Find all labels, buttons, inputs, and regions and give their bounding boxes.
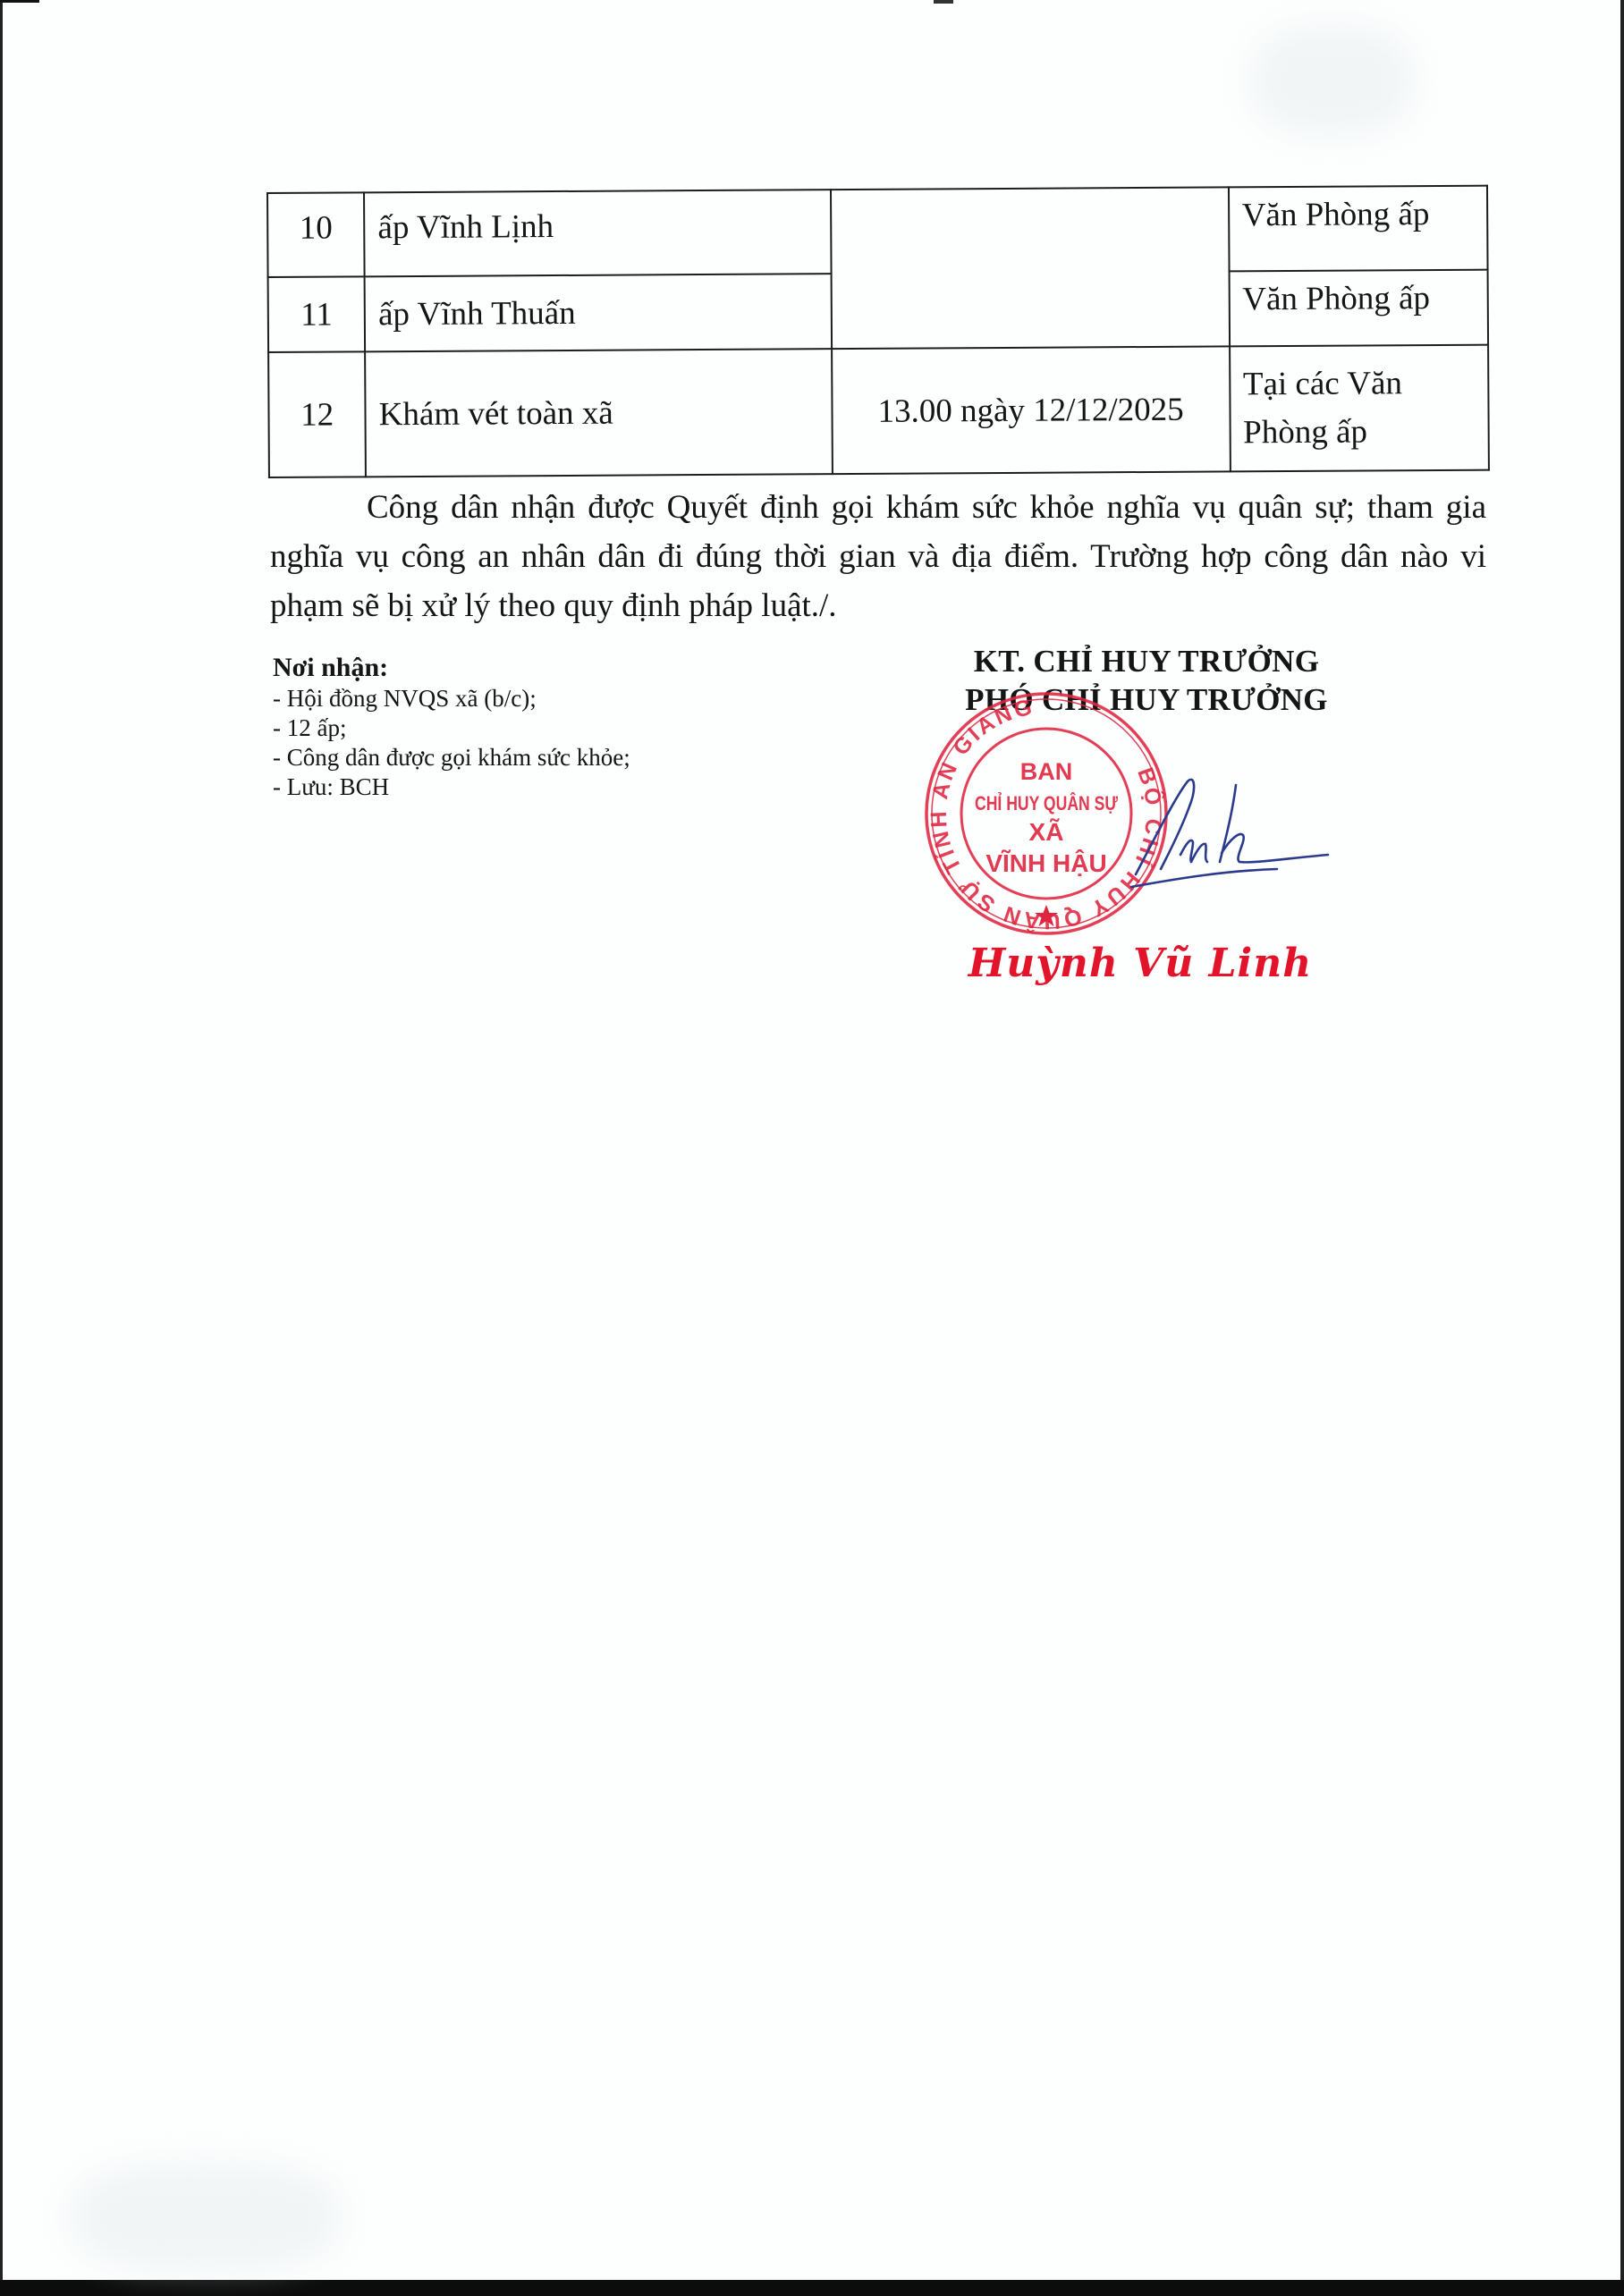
recipient-item: Lưu: BCH — [273, 772, 630, 802]
seal-center-line: BAN — [1020, 758, 1073, 785]
scan-mark — [0, 0, 39, 3]
recipient-item: Công dân được gọi khám sức khỏe; — [273, 743, 630, 772]
row-place: Văn Phòng ấp — [1229, 186, 1488, 272]
row-number: 11 — [268, 276, 366, 352]
table-row: 12 Khám vét toàn xã 13.00 ngày 12/12/202… — [268, 345, 1489, 477]
row-place: Văn Phòng ấp — [1229, 270, 1488, 347]
row-name: ấp Vĩnh Lịnh — [364, 190, 831, 276]
schedule-table: 10 ấp Vĩnh Lịnh Văn Phòng ấp 11 ấp Vĩnh … — [266, 185, 1490, 478]
row-time — [831, 187, 1230, 349]
row-name: ấp Vĩnh Thuấn — [365, 274, 832, 351]
table-row: 10 ấp Vĩnh Lịnh Văn Phòng ấp — [267, 186, 1488, 277]
scan-mark — [934, 0, 953, 4]
recipients-block: Nơi nhận: Hội đồng NVQS xã (b/c); 12 ấp;… — [273, 653, 630, 802]
seal-center-line: XÃ — [1029, 818, 1064, 846]
scan-edge-right — [1620, 0, 1624, 2296]
row-number: 10 — [267, 192, 365, 277]
row-number: 12 — [268, 351, 366, 477]
scan-smudge — [1252, 27, 1413, 134]
seal-center-line: CHỈ HUY QUÂN SỰ — [975, 792, 1119, 815]
recipients-list: Hội đồng NVQS xã (b/c); 12 ấp; Công dân … — [273, 684, 630, 802]
scan-smudge — [72, 2164, 340, 2271]
closing-paragraph: Công dân nhận được Quyết định gọi khám s… — [270, 483, 1486, 630]
row-place: Tại các Văn Phòng ấp — [1230, 345, 1489, 472]
recipient-item: Hội đồng NVQS xã (b/c); — [273, 684, 630, 713]
seal-center-line: VĨNH HẬU — [985, 849, 1106, 877]
signer-authority-line: KT. CHỈ HUY TRƯỞNG — [914, 642, 1379, 680]
row-name: Khám vét toàn xã — [365, 349, 832, 477]
handwritten-signature-icon — [1127, 769, 1332, 894]
scan-edge-left — [0, 0, 3, 2296]
row-time: 13.00 ngày 12/12/2025 — [832, 346, 1231, 474]
scan-edge-bottom — [0, 2280, 1624, 2296]
recipient-item: 12 ấp; — [273, 713, 630, 743]
signer-name: Huỳnh Vũ Linh — [952, 941, 1328, 986]
recipients-title: Nơi nhận: — [273, 653, 630, 682]
